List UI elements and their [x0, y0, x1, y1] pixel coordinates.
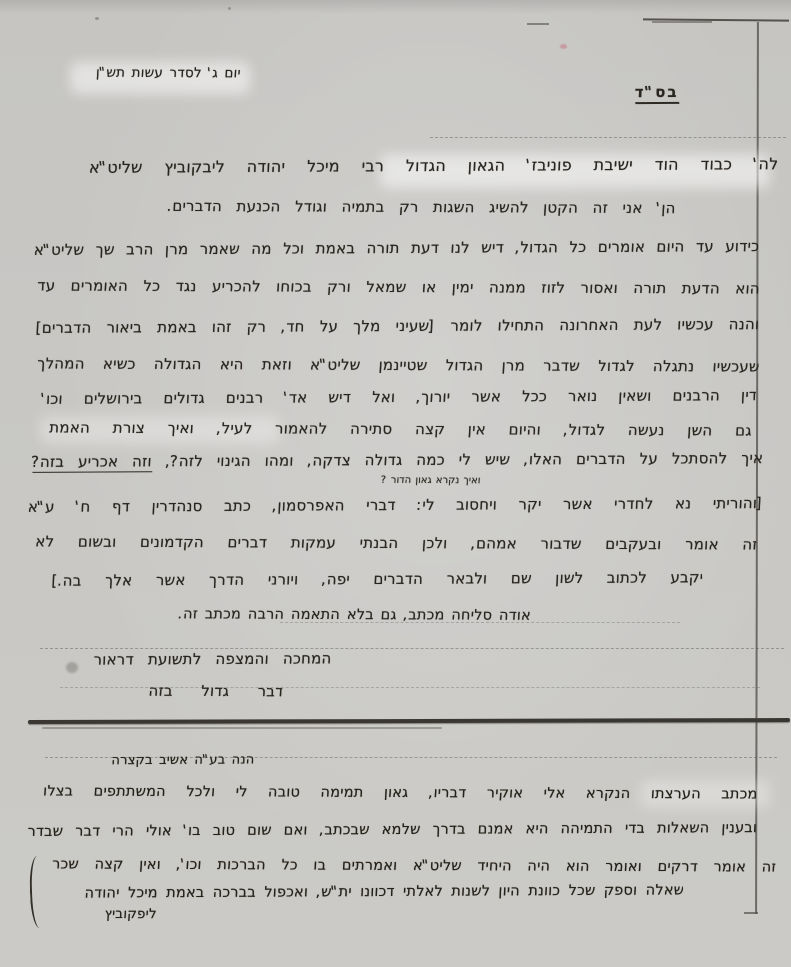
bsd-header-mark: בס"ד: [633, 84, 680, 104]
letter-line-question: איך להסתכל על הדברים האלו, שיש לי כמה גד…: [30, 450, 765, 476]
interlinear-margin-note: ואיך נקרא גאון הדור ?: [365, 475, 481, 487]
scanned-letter-page: בס"ד יום ג' לסדר עשות תש"ן לה' כבוד הוד …: [0, 0, 791, 967]
divider-echo-line: [42, 727, 442, 729]
faint-rule: [430, 137, 786, 138]
top-edge-dash: [652, 21, 712, 23]
question-text: איך להסתכל על הדברים האלו, שיש לי כמה גד…: [163, 450, 763, 470]
scan-smudge: [66, 662, 78, 673]
signoff-line: המחכה והמצפה לתשועת דראור: [91, 650, 332, 673]
letter-line-closing: אודה סליחה מכתב, גם בלא התאמה הרבה מכתב …: [137, 606, 532, 624]
letter-line: זה אומר ובעקבים שדבור אמהם, ולכן הבנתי ע…: [33, 533, 758, 558]
signoff-line: דבר גדול בזה: [146, 683, 284, 706]
scan-speck-pink: [560, 44, 567, 49]
letter-line: שעכשיו נתגלה לגדול שדבר מרן הגדול שטיינמ…: [35, 355, 760, 380]
scan-speck: [95, 17, 99, 20]
letter-line: הן' אני זה הקטן להשיג השגות רק בתמיה וגו…: [165, 198, 676, 222]
letter-line: כידוע עד היום אומרים כל הגדול, דיש לנו ד…: [32, 238, 761, 264]
letter-line: גם השן נעשה לגדול, והיום אין קצה סתירה ל…: [47, 419, 752, 444]
faint-rule: [40, 648, 784, 649]
reply-line: מכתב הערצתו הנקרא אלי אוקיר דבריו, גאון …: [41, 783, 758, 808]
page-edge-bottom-right-tick: [744, 912, 758, 914]
top-edge-dash: [527, 23, 549, 25]
reply-line: זה אומר דרקים ואומר הוא היה היחיד שליט"א…: [50, 856, 777, 881]
handwritten-brace: [29, 856, 49, 929]
reply-signature: ליפקוביץ: [55, 907, 157, 923]
underlined-phrase: וזה אכריע בזה?: [30, 452, 153, 473]
letter-line: והנה עכשיו לעת האחרונה התחילו לומר [שעינ…: [34, 316, 761, 342]
reply-line: ובענין השאלות בדי התמיהה היא אמנם בדרך ש…: [26, 820, 759, 846]
reply-heading: הנה בע"ה אשיב בקצרה: [51, 753, 255, 769]
letter-line: יקבע לכתוב לשון שם ולבאר הדברים יפה, ויו…: [50, 569, 705, 594]
scan-speck: [228, 7, 231, 10]
letter-line: [והוריתי נא לחדרי אשר יקר ויחסוב לי: דבר…: [26, 495, 765, 521]
reply-line: שאלה וספק שכל כוונת היון לשנות לאלתי דכו…: [83, 882, 686, 907]
letter-line: דין הרבנים ושאין נואר ככל אשר יורוך, ואל…: [40, 387, 759, 413]
letter-line-salutation: לה' כבוד הוד ישיבת פוניבז' הגאון הגדול ר…: [87, 155, 780, 181]
handwritten-divider-line: [28, 718, 790, 724]
letter-line: הוא הדעת תורה ואסור לזוז ממנה ימין או שמ…: [35, 277, 760, 302]
date-line: יום ג' לסדר עשות תש"ן: [83, 66, 241, 82]
